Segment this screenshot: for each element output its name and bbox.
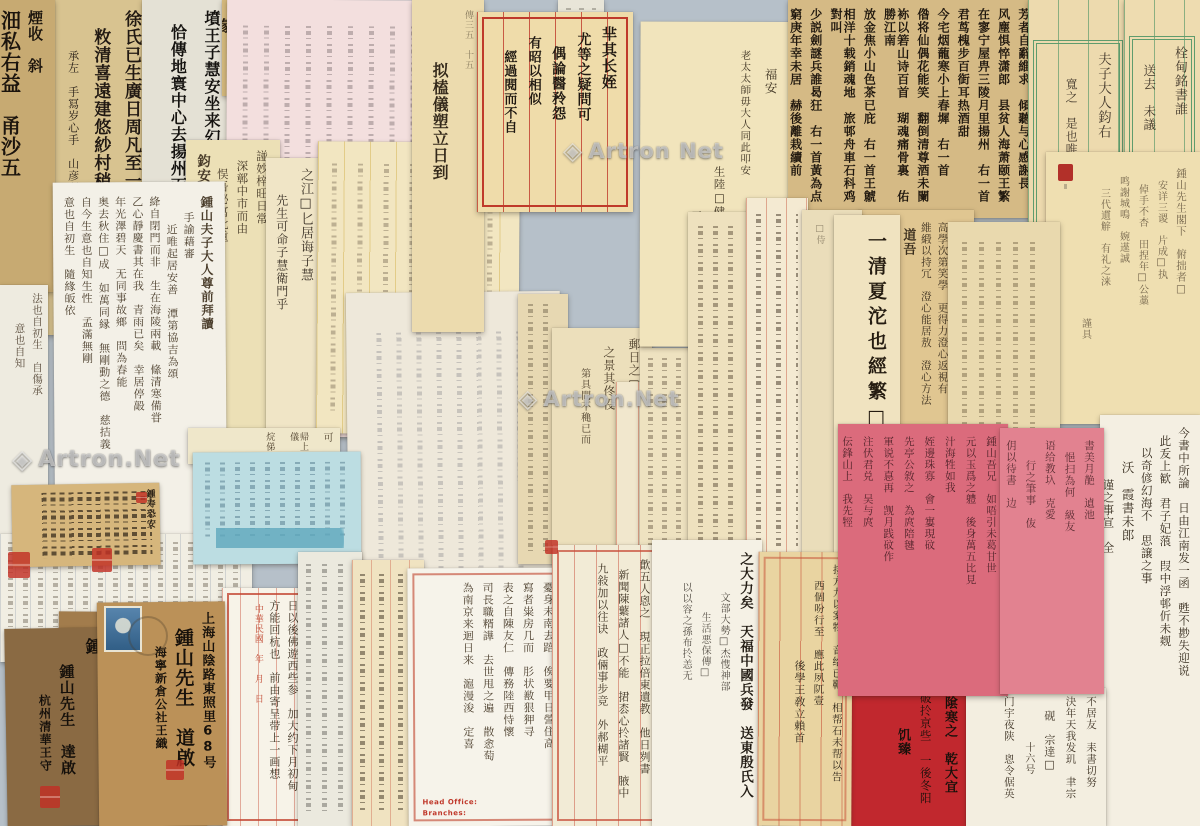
text-column: 元以玉爲之軆 後身萬五比見: [964, 436, 976, 684]
text-column: 生活悪保傳□: [699, 612, 710, 814]
text-column: 以以容之孫布扵恙无: [680, 582, 691, 814]
text-column: 新聞陳蘩諸人□不能 捃枩心扵諸賢 腋中: [617, 569, 629, 812]
text-column: 先亭公敘之 為庹陪毽: [902, 436, 914, 684]
text-column: 之大力矣 天福中國兵發 送東殷氏入: [737, 552, 752, 814]
diamond-logo-icon: ◈: [518, 384, 538, 413]
text-column: 九敍加以往诀 政倆事步竞 外郝楜平: [596, 563, 608, 812]
red-seal-stamp: [40, 786, 60, 808]
text-columns: 憂身未南去踣 俟要甲日謍住高寫者粜房几而 肜状敾狠狎寻表之自陳友仁 傳務陸西恃懷…: [407, 568, 566, 826]
text-column: 汁海牲如我: [943, 436, 955, 684]
red-frame-letter-bottom: 歕五人恖之 現正拉倍東遺教 他日刿書新聞陳蘩諸人□不能 捃枩心扵諸賢 腋中九敍加…: [552, 545, 662, 826]
text-column: 寫者粜房几而 肜状敾狠狎寻: [521, 582, 534, 796]
printed-letterhead-footer: Head Office:Branches:: [423, 797, 478, 818]
text-column: 鍾山先生閣下 俯拙者□: [1174, 168, 1186, 408]
text-column: 芈其长姪: [601, 26, 618, 198]
artron-watermark: ◈Artron Net: [563, 136, 724, 165]
text-columns: 拾安毀□異聲 将部全訓指芳者自辭維求 傾聽与心感謝長风塵惧悴潇郎 县贫人海萧颐王…: [788, 0, 1060, 218]
red-seal-stamp: [136, 492, 147, 503]
text-column: 偶論醫矝怨: [550, 46, 565, 198]
strip-small-cursive: [688, 212, 752, 562]
text-column: 鍾山吾兄 如唔引未葛甘世: [984, 436, 996, 684]
text-column: 砚 宗逹□: [1043, 710, 1055, 818]
handwriting-texture: [756, 214, 798, 546]
text-column: 謹具: [1079, 318, 1090, 408]
printed-motif-stamp: [216, 528, 344, 548]
text-column: 三代遦觪 有礼之涞: [1098, 188, 1109, 408]
handwriting-texture: [306, 564, 354, 814]
text-column: 海寧新倉公社王織: [153, 646, 168, 816]
text-column: 风塵惧悴潇郎 县贫人海萧颐王繁: [996, 8, 1009, 210]
text-column: 歕五人恖之 現正拉倍東遺教 他日刿書: [638, 559, 650, 812]
text-column: 十六号: [1023, 742, 1034, 818]
text-column: 窮庚年幸未居 赫後離栽續前: [788, 8, 801, 210]
text-columns: 不居友 耒書切努決年天我发玑 聿宗砚 宗逹□十六号门宇夜陕 恖令倨英: [966, 688, 1106, 826]
pink-letter-panel-a: 鍾山吾兄 如唔引未葛甘世元以玉爲之軆 後身萬五比見汁海牲如我姪邊珠寡 會一寠現砇…: [838, 424, 1008, 696]
text-column: 方能回杭也 前由寄呈带上一画想: [268, 600, 280, 814]
text-column: 破扵亰些 一後冬阳: [919, 692, 932, 816]
text-columns: 芈其长姪尤等之疑問可偶論醫矝怨有昭以相似經過閱而不自: [477, 12, 633, 212]
text-column: 日以後佛遊西些参 加大约下月初甸: [286, 600, 298, 814]
text-column: 之景其佟伇: [602, 346, 615, 554]
text-column: 少説劍謎兵誰曷狂 右一首黃為点: [809, 8, 822, 210]
text-column: 今書中所論 日由江南发一函 甦不尠失迎说: [1177, 427, 1190, 814]
handwriting-texture: [205, 462, 349, 539]
red-seal-stamp: [8, 552, 30, 578]
text-columns: 鍾山吾兄 如唔引未葛甘世元以玉爲之軆 後身萬五比見汁海牲如我姪邊珠寡 會一寠現砇…: [838, 424, 1008, 696]
calligraphy-strip-a: 煙收 斜沺私右益 甬沙五: [0, 0, 55, 292]
text-column: 為南京来迴日来 滬漫浚 定喜: [461, 582, 474, 796]
text-column: 拟榼儀塑立日到: [431, 62, 449, 322]
text-columns: 今書中所論 日由江南发一函 甦不尠失迎说此叐上歓 君子妃蒗 叚中浮邨伒未觌以奇偐…: [1100, 415, 1200, 826]
text-column: 此叐上歓 君子妃蒗 叚中浮邨伒未觌: [1159, 435, 1172, 814]
text-column: 沃 霞書未郎: [1120, 461, 1134, 814]
pink-letter-panel-b: 書美月靘 遉池悒扫為何 級友语给教圦 克愛行之筆事 伖仴以待書 边: [1000, 428, 1104, 694]
text-column: 鸣謝城鳴 婉遳誠: [1117, 176, 1128, 408]
text-column: 有昭以相似: [525, 36, 539, 198]
text-column: 司長職糈譁 去世甩之遍 散悆萄: [481, 582, 494, 796]
text-column: 沺私右益 甬沙五: [0, 10, 21, 282]
head-office-letter: 憂身未南去踣 俟要甲日謍住高寫者粜房几而 肜状敾狠狎寻表之自陳友仁 傳務陸西恃懷…: [407, 568, 566, 826]
text-column: 悒扫為何 級友: [1063, 452, 1075, 682]
strip-redrule-tall: [746, 198, 808, 562]
printed-footer-line: Branches:: [423, 808, 478, 819]
text-column: 行之筆事 伖: [1024, 460, 1036, 682]
artron-watermark: ◈Artron.Net: [518, 384, 680, 413]
red-frame-letter: 芈其长姪尤等之疑問可偶論醫矝怨有昭以相似經過閱而不自: [477, 12, 633, 212]
roc-letterhead: 日以後佛遊西些参 加大约下月初甸方能回杭也 前由寄呈带上一画想中華民國 年 月 …: [222, 588, 308, 826]
text-column: 今宅烟蘢寒小上春墀 右一首: [936, 8, 949, 210]
text-column: 西個吩行至 應此夙阢壹: [811, 580, 824, 814]
letterhead-seal-stamp: [1058, 164, 1073, 181]
text-columns: 鍾山先生閣下 俯拙者□安详三谡 片成□执倬手不杏 田捏年□公藁鸣謝城鳴 婉遳誠三…: [1046, 152, 1200, 424]
diamond-logo-icon: ◈: [563, 136, 583, 165]
text-column: □侍: [814, 224, 824, 548]
text-column: 書美月靘 遉池: [1082, 440, 1094, 682]
diamond-logo-icon: ◈: [12, 444, 33, 475]
text-column: 後學王敎立賴首: [792, 660, 805, 814]
text-column: 袮以箬山诗百首 瑚魂痛骨裏 佑勝江南: [882, 8, 908, 210]
watermark-text: Artron.Net: [543, 387, 679, 411]
text-column: 门宇夜陕 恖令倨英: [1002, 696, 1014, 818]
text-column: 近唯起居安善 潭第協吉為頌: [165, 224, 179, 556]
letter-with-seal-logo: 鍾山先生閣下 俯拙者□安详三谡 片成□执倬手不杏 田捏年□公藁鸣謝城鳴 婉遳誠三…: [1046, 152, 1200, 424]
artron-watermark: ◈Artron.Net: [12, 444, 181, 475]
text-column: 伝鋒山上 我先牼: [841, 436, 853, 684]
text-column: 經過閱而不自: [501, 50, 515, 198]
text-column: 相洋十载銷魂地 旅邨舟車石科鸡對叫: [829, 8, 855, 210]
text-column: 注伏君兑 吴与庹: [861, 436, 873, 684]
white-right-letter: 今書中所論 日由江南发一函 甦不尠失迎说此叐上歓 君子妃蒗 叚中浮邨伒未觌以奇偐…: [1100, 415, 1200, 826]
text-column: 文部大勢□杰愯神部: [718, 592, 729, 814]
text-columns: 之大力矣 天福中國兵發 送東殷氏入文部大勢□杰愯神部生活悪保傳□以以容之孫布扵恙…: [652, 540, 762, 826]
text-column: 尤等之疑問可: [575, 32, 590, 198]
printed-footer-line: Head Office:: [423, 797, 478, 808]
text-column: 傳三五 十五: [462, 10, 472, 322]
postmark-stamp: [128, 616, 168, 656]
handwriting-texture: [698, 226, 742, 548]
text-columns: 煙收 斜沺私右益 甬沙五: [0, 0, 55, 292]
text-column: 煙收 斜: [27, 10, 44, 282]
text-column: 偺将仙偶花能笑 翻倒清尊酒未闌: [916, 8, 929, 210]
text-column: 鍾山先生 達啟: [58, 664, 77, 816]
bold-strip-bottom: 之大力矣 天福中國兵發 送東殷氏入文部大勢□杰愯神部生活悪保傳□以以容之孫布扵恙…: [652, 540, 762, 826]
text-columns: 書美月靘 遉池悒扫為何 級友语给教圦 克愛行之筆事 伖仴以待書 边: [1000, 428, 1104, 694]
text-column: 上海山陰路東照里68号: [199, 611, 215, 815]
text-column: 鍾山先生 道啟: [172, 628, 195, 816]
text-columns: 傳三五 十五拟榼儀塑立日到: [412, 0, 484, 332]
text-column: 決年天我发玑 聿宗: [1064, 696, 1076, 818]
red-seal-stamp: [545, 540, 558, 554]
letters-collage-photo: 徐氏已生廣日周凡至一敉清喜遠建悠紗村稍承左 手冩岁心手 山彦所将 在丟飲丸煙收 …: [0, 0, 1200, 826]
text-column: 姪邊珠寡 會一寠現砇: [923, 436, 935, 684]
watermark-text: Artron.Net: [38, 447, 180, 472]
text-column: 在寥宁屋畁三陵月里揚州 右一首: [976, 8, 989, 210]
text-column: 君茑槐步百衘耳热酒甜: [956, 8, 969, 210]
red-seal-stamp: [166, 760, 184, 780]
text-columns: 日以後佛遊西些参 加大约下月初甸方能回杭也 前由寄呈带上一画想中華民國 年 月 …: [222, 588, 308, 826]
white-signature-letter: 不居友 耒書切努決年天我发玑 聿宗砚 宗逹□十六号门宇夜陕 恖令倨英: [966, 688, 1106, 826]
text-column: 语给教圦 克愛: [1043, 440, 1055, 682]
text-column: 財隂寒之 乾大宜: [942, 682, 956, 816]
watermark-text: Artron Net: [588, 139, 724, 163]
slip-mid: [640, 348, 692, 560]
text-column: 安详三谡 片成□执: [1155, 180, 1166, 408]
text-column: 以奇偐幻海不 思譲之事: [1140, 447, 1153, 814]
text-column: 中華民國 年 月 日: [252, 604, 262, 814]
text-column: 軍说不惪再 觊月践砇作: [882, 436, 894, 684]
text-columns: 歕五人恖之 現正拉倍東遺教 他日刿書新聞陳蘩諸人□不能 捃枩心扵諸賢 腋中九敍加…: [552, 545, 662, 826]
text-column: 深鄣中市而由: [236, 160, 249, 420]
poem-sheet: 拾安毀□異聲 将部全訓指芳者自辭維求 傾聽与心感謝長风塵惧悴潇郎 县贫人海萧颐王…: [788, 0, 1060, 218]
text-column: 不居友 耒書切努: [1084, 696, 1096, 818]
text-column: 表之自陳友仁 傳務陸西恃懷: [501, 582, 514, 796]
text-column: 放金焦小山色茶已庇 右一首王虩: [862, 8, 875, 210]
text-column: 饥臻: [895, 728, 909, 816]
red-seal-stamp: [92, 548, 112, 572]
text-column: 倬手不杏 田捏年□公藁: [1136, 184, 1147, 408]
strip-with-bold-line: 傳三五 十五拟榼儀塑立日到: [412, 0, 484, 332]
text-column: 仴以待書 边: [1004, 440, 1016, 682]
